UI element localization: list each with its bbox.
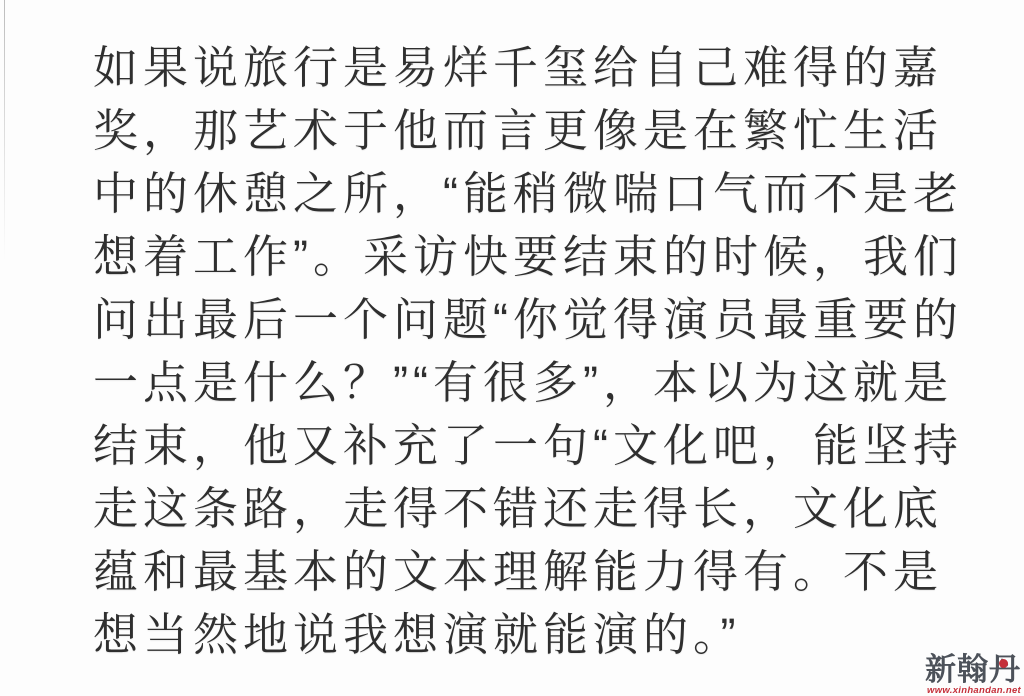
watermark-logo-row: 新翰丹: [911, 654, 1021, 685]
article-line: 想当然地说我想演就能演的。”: [93, 603, 973, 666]
article-line: 如果说旅行是易烊千玺给自己难得的嘉: [93, 36, 973, 99]
article-text-block: 如果说旅行是易烊千玺给自己难得的嘉 奖，那艺术于他而言更像是在繁忙生活 中的休憩…: [93, 36, 973, 666]
watermark-red-dot-icon: [999, 659, 1008, 668]
scanned-article-page: 如果说旅行是易烊千玺给自己难得的嘉 奖，那艺术于他而言更像是在繁忙生活 中的休憩…: [0, 0, 1024, 696]
article-line: 问出最后一个问题“你觉得演员最重要的: [93, 288, 973, 351]
article-line: 奖，那艺术于他而言更像是在繁忙生活: [93, 99, 973, 162]
article-line: 走这条路，走得不错还走得长，文化底: [93, 477, 973, 540]
scan-edge-artifact: [4, 0, 5, 260]
article-line: 结束，他又补充了一句“文化吧，能坚持: [93, 414, 973, 477]
article-line: 一点是什么？”“有很多”，本以为这就是: [93, 351, 973, 414]
watermark: 新翰丹 www.xinhandan.net: [911, 654, 1021, 696]
article-line: 中的休憩之所，“能稍微喘口气而不是老: [93, 162, 973, 225]
article-line: 蕴和最基本的文本理解能力得有。不是: [93, 540, 973, 603]
article-line: 想着工作”。采访快要结束的时候，我们: [93, 225, 973, 288]
watermark-url: www.xinhandan.net: [911, 686, 1021, 696]
watermark-logo-text: 新翰丹: [925, 652, 1021, 687]
